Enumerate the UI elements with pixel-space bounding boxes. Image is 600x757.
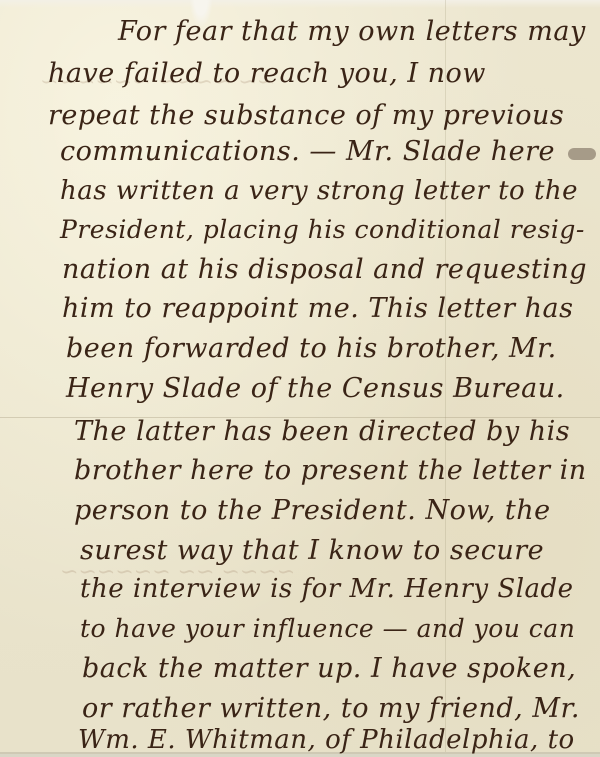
letter-line: President, placing his conditional resig… [60, 217, 585, 242]
letter-line: brother here to present the letter in [74, 457, 587, 484]
letter-line: surest way that I know to secure [80, 537, 544, 564]
letter-line: has written a very strong letter to the [60, 178, 578, 204]
torn-top-edge [0, 0, 600, 8]
letter-line: him to reappoint me. This letter has [62, 295, 574, 322]
letter-line: For fear that my own letters may [118, 18, 586, 45]
letter-page: ~~ ~~~~ ~~~~~~ ~~~~ ~~ ~~~~~~ For fear t… [0, 0, 600, 754]
letter-line: have failed to reach you, I now [48, 60, 486, 87]
letter-line: The latter has been directed by his [74, 418, 570, 445]
letter-line: to have your influence — and you can [80, 616, 575, 641]
letter-line: or rather written, to my friend, Mr. [82, 695, 580, 722]
letter-line: the interview is for Mr. Henry Slade [80, 576, 574, 602]
letter-line: communications. — Mr. Slade here [60, 138, 555, 165]
letter-line: Henry Slade of the Census Bureau. [66, 375, 565, 402]
letter-line: back the matter up. I have spoken, [82, 655, 576, 682]
letter-line: nation at his disposal and requesting [62, 256, 587, 283]
letter-line: Wm. E. Whitman, of Philadelphia, to [78, 727, 575, 753]
letter-line: person to the President. Now, the [74, 497, 551, 524]
letter-line: been forwarded to his brother, Mr. [66, 335, 557, 362]
ink-smudge [568, 148, 596, 160]
letter-line: repeat the substance of my previous [48, 102, 564, 129]
